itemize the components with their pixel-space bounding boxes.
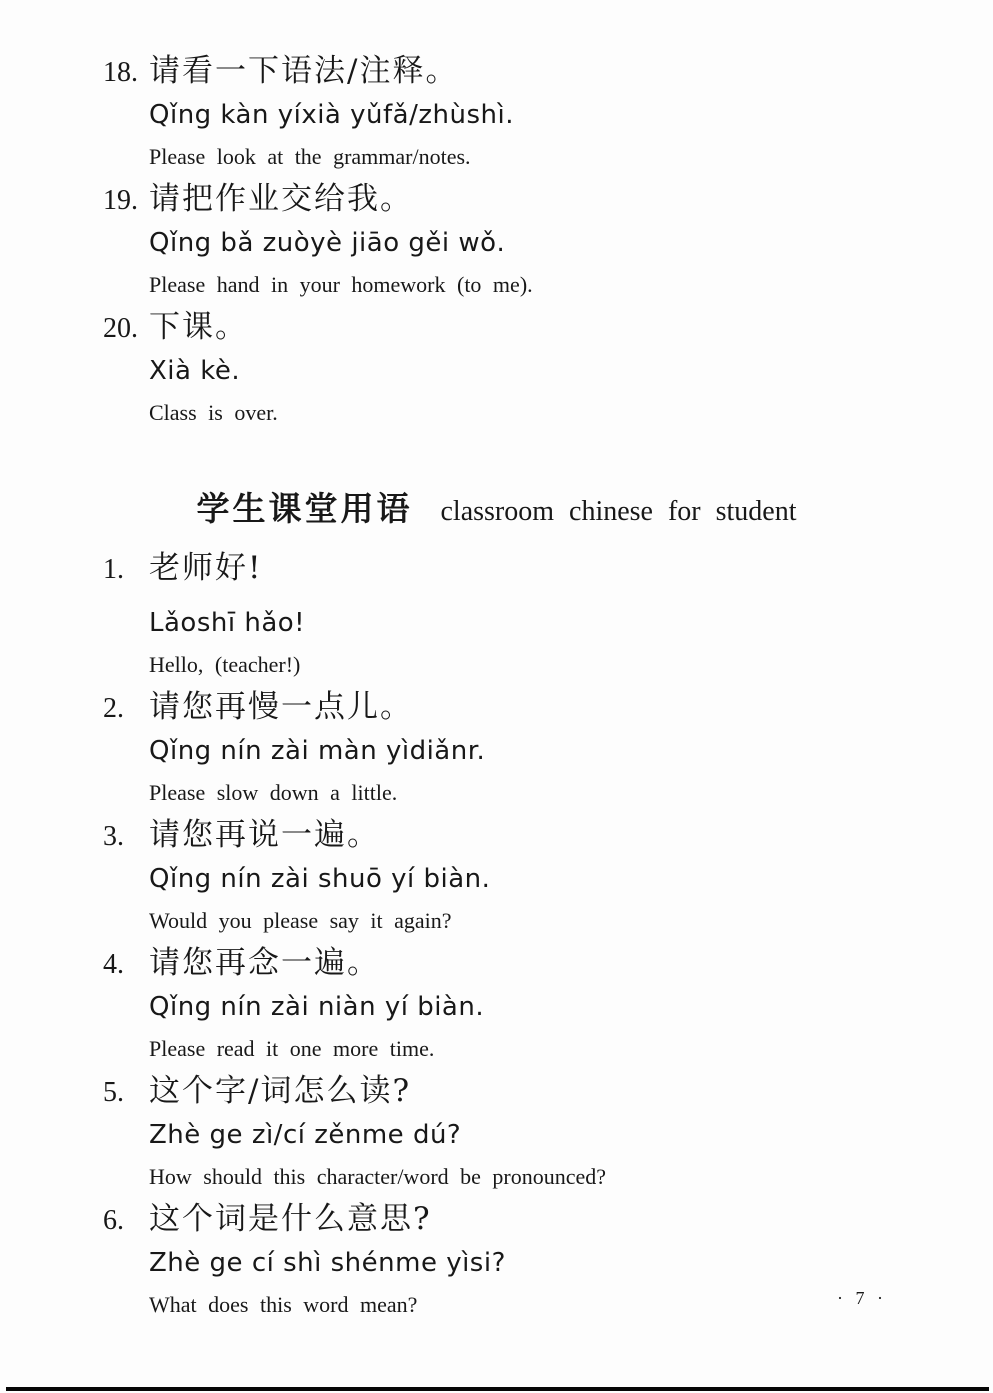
entry-chinese-line: 3.请您再说一遍。 (0, 814, 993, 858)
entry-pinyin-text: Zhè ge cí shì shénme yìsi? (149, 1242, 993, 1284)
entry-number: 20. (103, 308, 149, 350)
entry-english-text: Would you please say it again? (149, 900, 993, 942)
entry-chinese-line: 6.这个词是什么意思? (0, 1198, 993, 1242)
entry-english-text: How should this character/word be pronou… (149, 1156, 993, 1198)
entry-number: 6. (103, 1200, 149, 1242)
textbook-page: 18.请看一下语法/注释。 Qǐng kàn yíxià yǔfǎ/zhùshì… (0, 0, 993, 1393)
section-heading-english: classroom chinese for student (440, 496, 796, 527)
entry-chinese-line: 18.请看一下语法/注释。 (0, 50, 993, 94)
phrase-entries: 18.请看一下语法/注释。 Qǐng kàn yíxià yǔfǎ/zhùshì… (0, 0, 993, 1326)
entry-chinese-line: 2.请您再慢一点儿。 (0, 686, 993, 730)
entry-pinyin-text: Qǐng nín zài shuō yí biàn. (149, 858, 993, 900)
entry-chinese-text: 请把作业交给我。 (149, 181, 413, 217)
entry-number: 3. (103, 816, 149, 858)
section-heading: 学生课堂用语classroom chinese for student (0, 486, 993, 539)
page-number: · 7 · (837, 1288, 887, 1309)
phrase-entry-4: 4.请您再念一遍。 Qǐng nín zài niàn yí biàn. Ple… (0, 942, 993, 1070)
entry-pinyin-text: Lǎoshī hǎo! (149, 602, 993, 644)
entry-english-text: Class is over. (149, 392, 993, 434)
entry-chinese-line: 4.请您再念一遍。 (0, 942, 993, 986)
entry-chinese-text: 请您再说一遍。 (149, 817, 380, 853)
phrase-entry-18: 18.请看一下语法/注释。 Qǐng kàn yíxià yǔfǎ/zhùshì… (0, 50, 993, 178)
entry-chinese-text: 请您再念一遍。 (149, 945, 380, 981)
entry-pinyin-text: Qǐng nín zài niàn yí biàn. (149, 986, 993, 1028)
entry-chinese-text: 请看一下语法/注释。 (149, 53, 458, 89)
entry-english-text: Please read it one more time. (149, 1028, 993, 1070)
entry-number: 19. (103, 180, 149, 222)
entry-chinese-text: 这个词是什么意思? (149, 1201, 432, 1237)
entry-chinese-text: 请您再慢一点儿。 (149, 689, 413, 725)
entry-number: 2. (103, 688, 149, 730)
phrase-entry-3: 3.请您再说一遍。 Qǐng nín zài shuō yí biàn. Wou… (0, 814, 993, 942)
entry-pinyin-text: Qǐng bǎ zuòyè jiāo gěi wǒ. (149, 222, 993, 264)
entry-number: 4. (103, 944, 149, 986)
phrase-entry-1: 1.老师好! Lǎoshī hǎo! Hello, (teacher!) (0, 547, 993, 686)
entry-chinese-text: 下课。 (149, 309, 248, 345)
phrase-entry-20: 20.下课。 Xià kè. Class is over. (0, 306, 993, 434)
entry-english-text: Please look at the grammar/notes. (149, 136, 993, 178)
entry-english-text: Please slow down a little. (149, 772, 993, 814)
entry-pinyin-text: Zhè ge zì/cí zěnme dú? (149, 1114, 993, 1156)
entry-chinese-line: 5.这个字/词怎么读? (0, 1070, 993, 1114)
entry-pinyin-text: Xià kè. (149, 350, 993, 392)
entry-chinese-line: 1.老师好! (0, 547, 993, 591)
entry-pinyin-text: Qǐng kàn yíxià yǔfǎ/zhùshì. (149, 94, 993, 136)
phrase-entry-19: 19.请把作业交给我。 Qǐng bǎ zuòyè jiāo gěi wǒ. P… (0, 178, 993, 306)
phrase-entry-2: 2.请您再慢一点儿。 Qǐng nín zài màn yìdiǎnr. Ple… (0, 686, 993, 814)
entry-number: 5. (103, 1072, 149, 1114)
entry-chinese-line: 19.请把作业交给我。 (0, 178, 993, 222)
entry-chinese-text: 这个字/词怎么读? (149, 1073, 411, 1109)
entry-chinese-line: 20.下课。 (0, 306, 993, 350)
phrase-entry-5: 5.这个字/词怎么读? Zhè ge zì/cí zěnme dú? How s… (0, 1070, 993, 1198)
section-heading-chinese: 学生课堂用语 (196, 489, 412, 528)
entry-number: 1. (103, 549, 149, 591)
page-bottom-rule (6, 1387, 989, 1391)
entry-english-text: Hello, (teacher!) (149, 644, 993, 686)
entry-english-text: Please hand in your homework (to me). (149, 264, 993, 306)
entry-pinyin-text: Qǐng nín zài màn yìdiǎnr. (149, 730, 993, 772)
entry-number: 18. (103, 52, 149, 94)
entry-chinese-text: 老师好! (149, 550, 262, 586)
